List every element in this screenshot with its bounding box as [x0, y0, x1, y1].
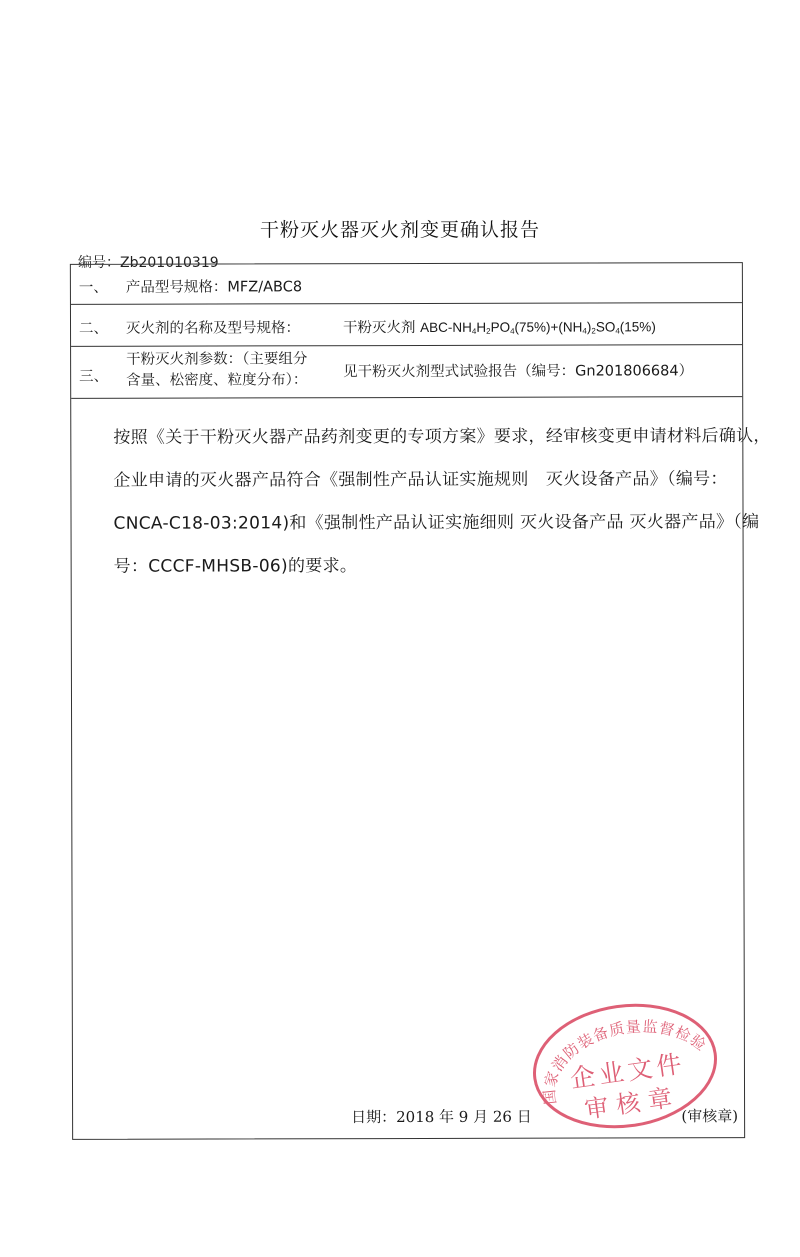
- table-row-agent-parameters: 三、 干粉灭火剂参数：（主要组分含量、松密度、粒度分布）： 见干粉灭火剂型式试验…: [71, 345, 742, 399]
- row-label: 产品型号规格：MFZ/ABC8: [126, 275, 302, 296]
- confirmation-paragraph: 按照《关于干粉灭火器产品药剂变更的专项方案》要求，经审核变更申请材料后确认，企业…: [77, 415, 773, 589]
- date-line: 日期：2018 年 9 月 26 日: [351, 1106, 532, 1127]
- chemical-formula: ABC-NH4H2PO4(75%)+(NH4)2SO4(15%): [420, 319, 656, 335]
- row-number: 二、: [79, 317, 108, 338]
- official-seal-stamp: 国家消防装备质量监督检验中心 企业文件 审核章: [522, 989, 728, 1142]
- row-number: 一、: [79, 276, 108, 297]
- row-value: 见干粉灭火剂型式试验报告（编号：Gn201806684）: [343, 359, 693, 381]
- row-label: 干粉灭火剂参数：（主要组分含量、松密度、粒度分布）：: [126, 349, 307, 391]
- document-title: 干粉灭火器灭火剂变更确认报告: [0, 215, 800, 242]
- row-number: 三、: [79, 365, 108, 386]
- table-row-agent-name: 二、 灭火剂的名称及型号规格： 干粉灭火剂 ABC-NH4H2PO4(75%)+…: [71, 303, 742, 347]
- agent-name: 干粉灭火剂: [343, 320, 420, 336]
- table-row-product-model: 一、 产品型号规格：MFZ/ABC8: [71, 263, 742, 305]
- row-value: 干粉灭火剂 ABC-NH4H2PO4(75%)+(NH4)2SO4(15%): [343, 315, 656, 337]
- row-label: 灭火剂的名称及型号规格：: [126, 316, 300, 337]
